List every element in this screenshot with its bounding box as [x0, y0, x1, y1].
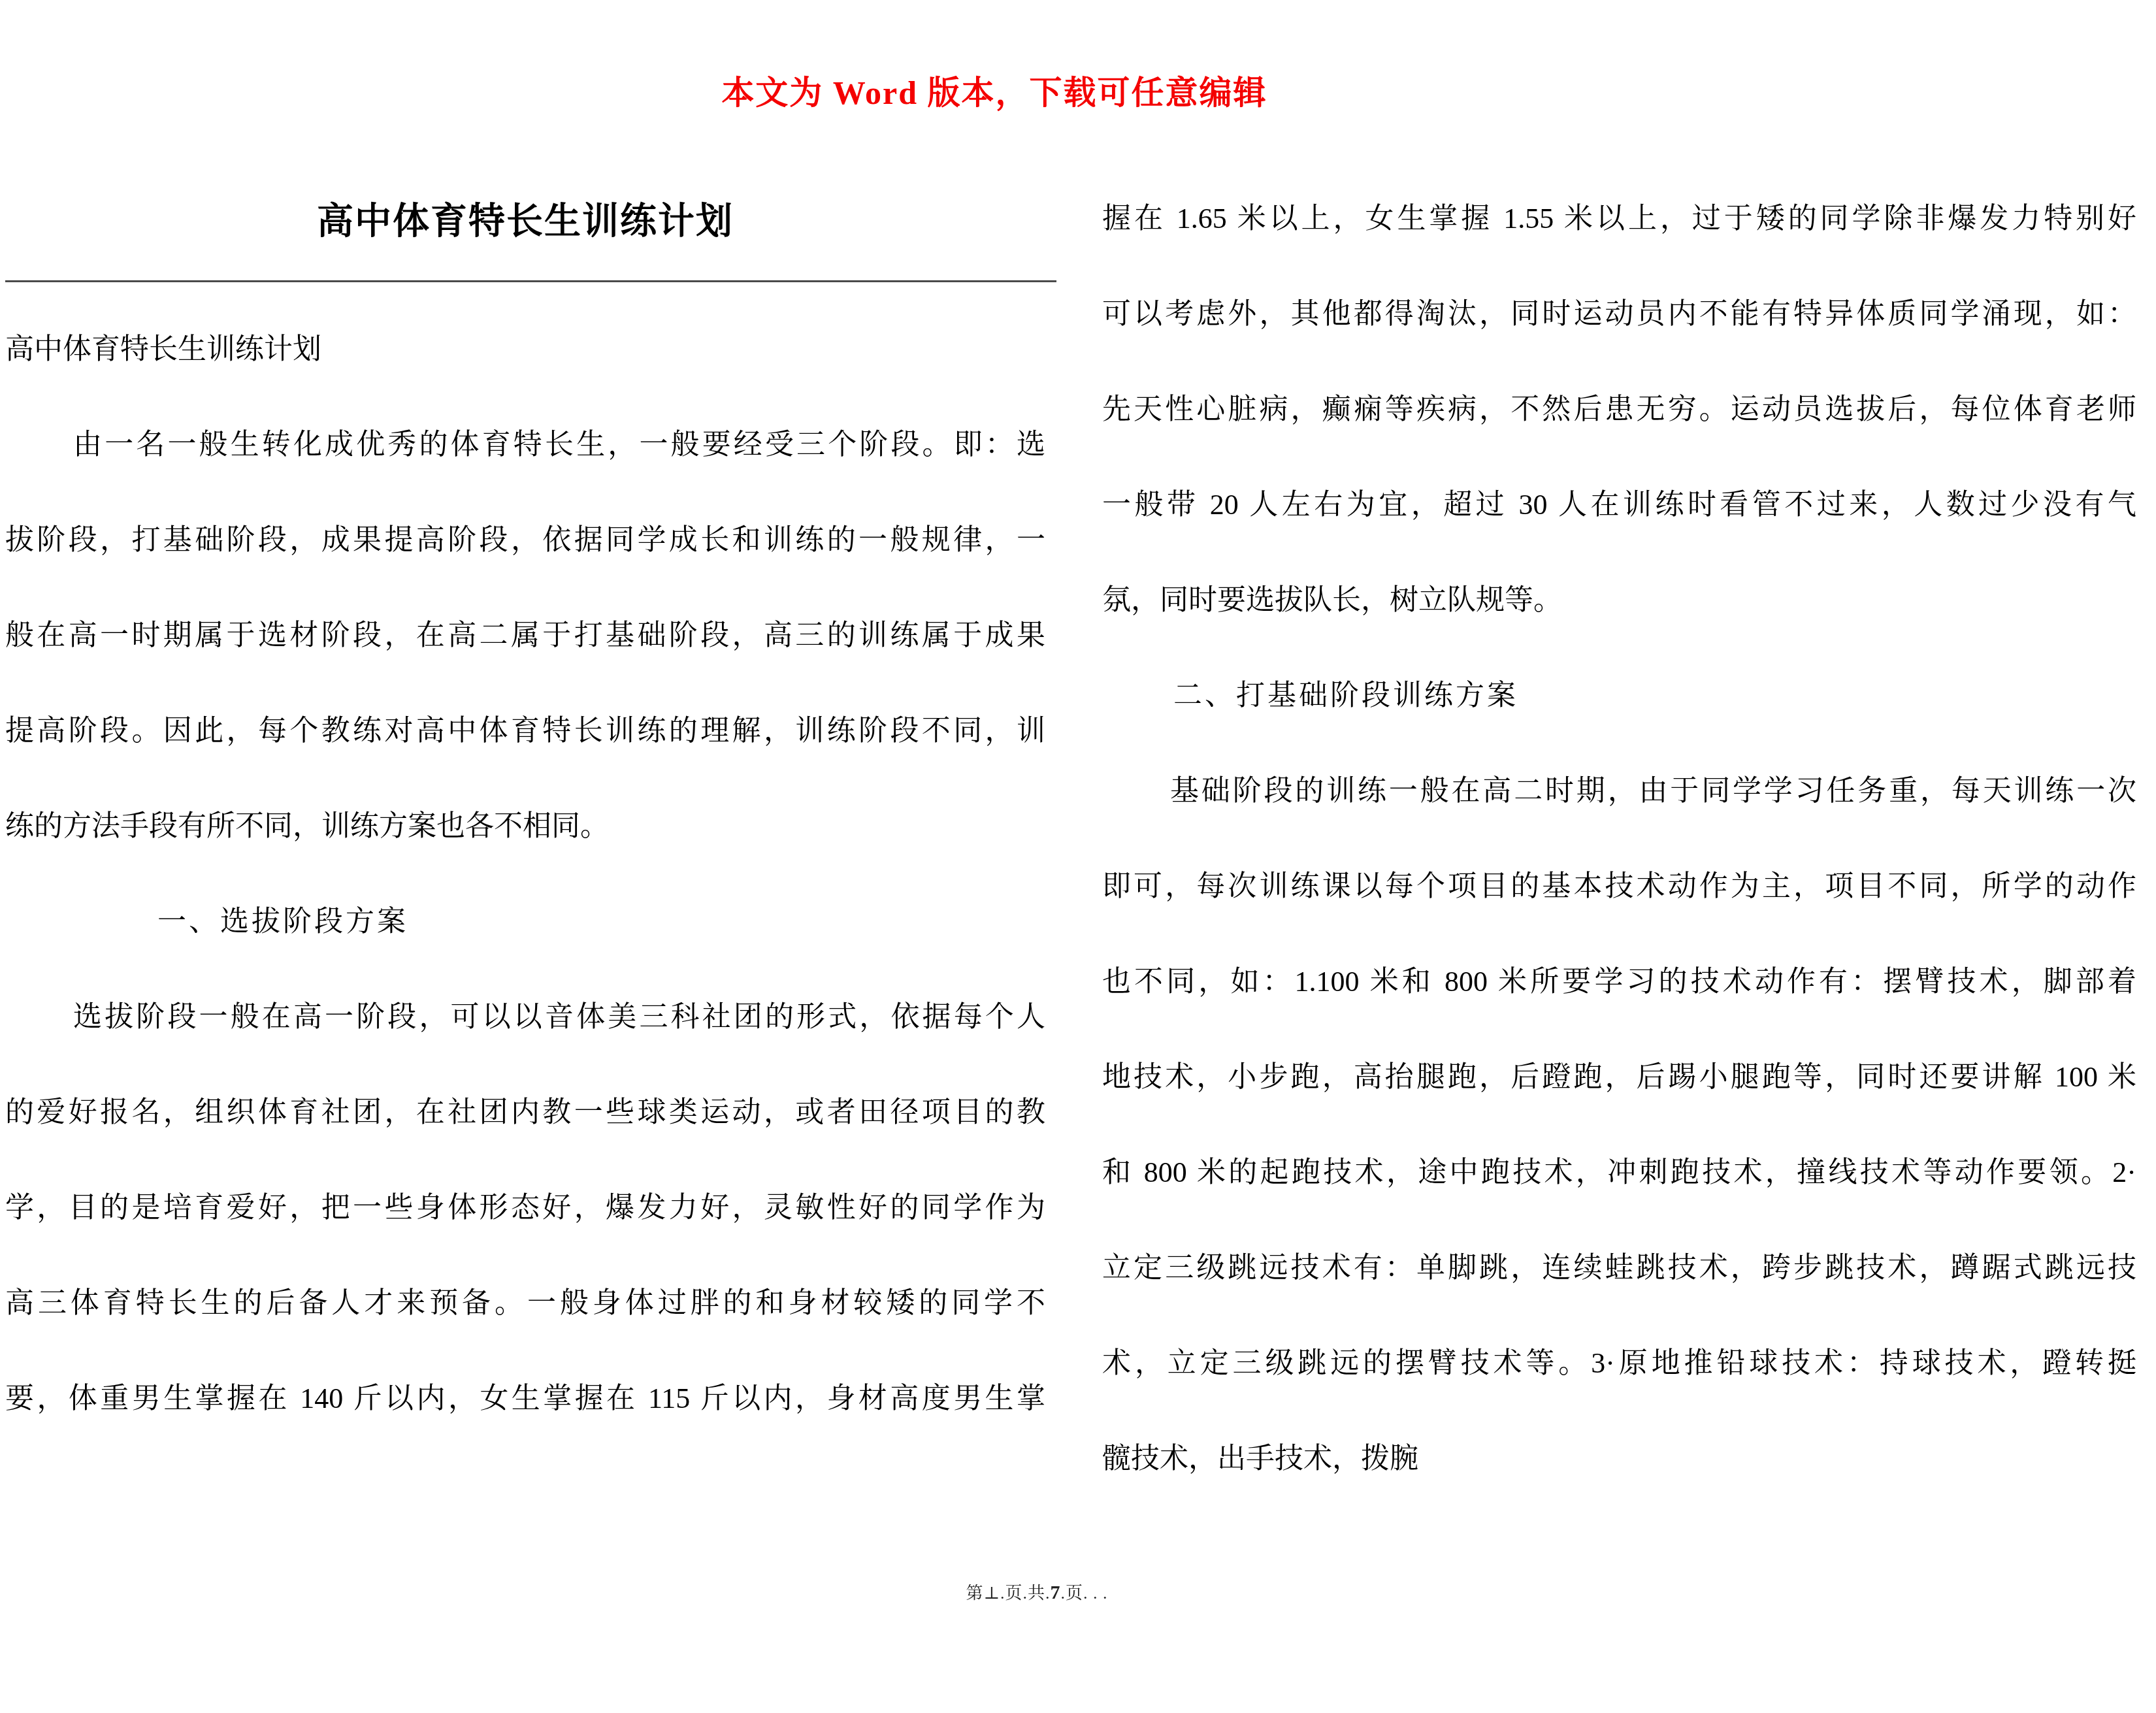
- text-line: 基础阶段的训练一般在高二时期，由于同学学习任务重，每天训练一次: [1102, 743, 2136, 839]
- section-heading: 二、打基础阶段训练方案: [1102, 648, 2136, 743]
- text-line: 握在 1.65 米以上，女生掌握 1.55 米以上，过于矮的同学除非爆发力特别好: [1102, 171, 2136, 267]
- text-line: 即可，每次训练课以每个项目的基本技术动作为主，项目不同，所学的动作: [1102, 839, 2136, 934]
- text-line: 的爱好报名，组织体育社团，在社团内教一些球类运动，或者田径项目的教: [5, 1065, 1045, 1160]
- text-line: 学，目的是培育爱好，把一些身体形态好，爆发力好，灵敏性好的同学作为: [5, 1160, 1045, 1256]
- text-line: 选拔阶段一般在高一阶段，可以以音体美三科社团的形式，依据每个人: [5, 970, 1045, 1065]
- text-line: 般在高一时期属于选材阶段，在高二属于打基础阶段，高三的训练属于成果: [5, 588, 1045, 683]
- footer-prefix: 第⊥.页.共.: [966, 1584, 1051, 1603]
- right-column: 握在 1.65 米以上，女生掌握 1.55 米以上，过于矮的同学除非爆发力特别好…: [1102, 171, 2136, 1507]
- text-line: 髋技术，出手技术，拨腕: [1102, 1411, 2136, 1507]
- text-line: 拔阶段，打基础阶段，成果提高阶段，依据同学成长和训练的一般规律，一: [5, 493, 1045, 588]
- footer-page-info: 第⊥.页.共.7.页. . .: [0, 1580, 2074, 1604]
- text-line: 高中体育特长生训练计划: [5, 302, 1045, 397]
- section-heading: 一、选拔阶段方案: [5, 874, 1045, 970]
- text-line: 练的方法手段有所不同，训练方案也各不相同。: [5, 779, 1045, 874]
- text-line: 提高阶段。因此，每个教练对高中体育特长训练的理解，训练阶段不同，训: [5, 683, 1045, 779]
- text-line: 地技术，小步跑，高抬腿跑，后蹬跑，后踢小腿跑等，同时还要讲解 100 米: [1102, 1030, 2136, 1125]
- text-line: 一般带 20 人左右为宜，超过 30 人在训练时看管不过来，人数过少没有气: [1102, 457, 2136, 553]
- page-title: 高中体育特长生训练计划: [5, 192, 1045, 244]
- text-line: 术，立定三级跳远的摆臂技术等。3·原地推铅球技术：持球技术，蹬转挺: [1102, 1316, 2136, 1411]
- text-line: 可以考虑外，其他都得淘汰，同时运动员内不能有特异体质同学涌现，如：: [1102, 267, 2136, 362]
- text-line: 先天性心脏病，癫痫等疾病，不然后患无穷。运动员选拔后，每位体育老师: [1102, 362, 2136, 457]
- text-line: 立定三级跳远技术有：单脚跳，连续蛙跳技术，跨步跳技术，蹲踞式跳远技: [1102, 1220, 2136, 1316]
- footer-page-total: 7: [1050, 1582, 1060, 1603]
- title-divider: [5, 280, 1056, 282]
- text-line: 也不同，如：1.100 米和 800 米所要学习的技术动作有：摆臂技术，脚部着: [1102, 934, 2136, 1030]
- text-line: 要，体重男生掌握在 140 斤以内，女生掌握在 115 斤以内，身材高度男生掌: [5, 1351, 1045, 1446]
- left-column: 高中体育特长生训练计划 高中体育特长生训练计划 由一名一般生转化成优秀的体育特长…: [5, 0, 1045, 1713]
- left-column-lines: 高中体育特长生训练计划 由一名一般生转化成优秀的体育特长生，一般要经受三个阶段。…: [5, 302, 1045, 1446]
- text-line: 由一名一般生转化成优秀的体育特长生，一般要经受三个阶段。即：选: [5, 397, 1045, 493]
- footer-suffix: .页. . .: [1060, 1584, 1107, 1603]
- text-line: 氛，同时要选拔队长，树立队规等。: [1102, 553, 2136, 648]
- document-page: 本文为 Word 版本，下载可任意编辑 高中体育特长生训练计划 高中体育特长生训…: [0, 0, 2156, 1713]
- text-line: 和 800 米的起跑技术，途中跑技术，冲刺跑技术，撞线技术等动作要领。2·: [1102, 1125, 2136, 1220]
- text-line: 高三体育特长生的后备人才来预备。一般身体过胖的和身材较矮的同学不: [5, 1256, 1045, 1351]
